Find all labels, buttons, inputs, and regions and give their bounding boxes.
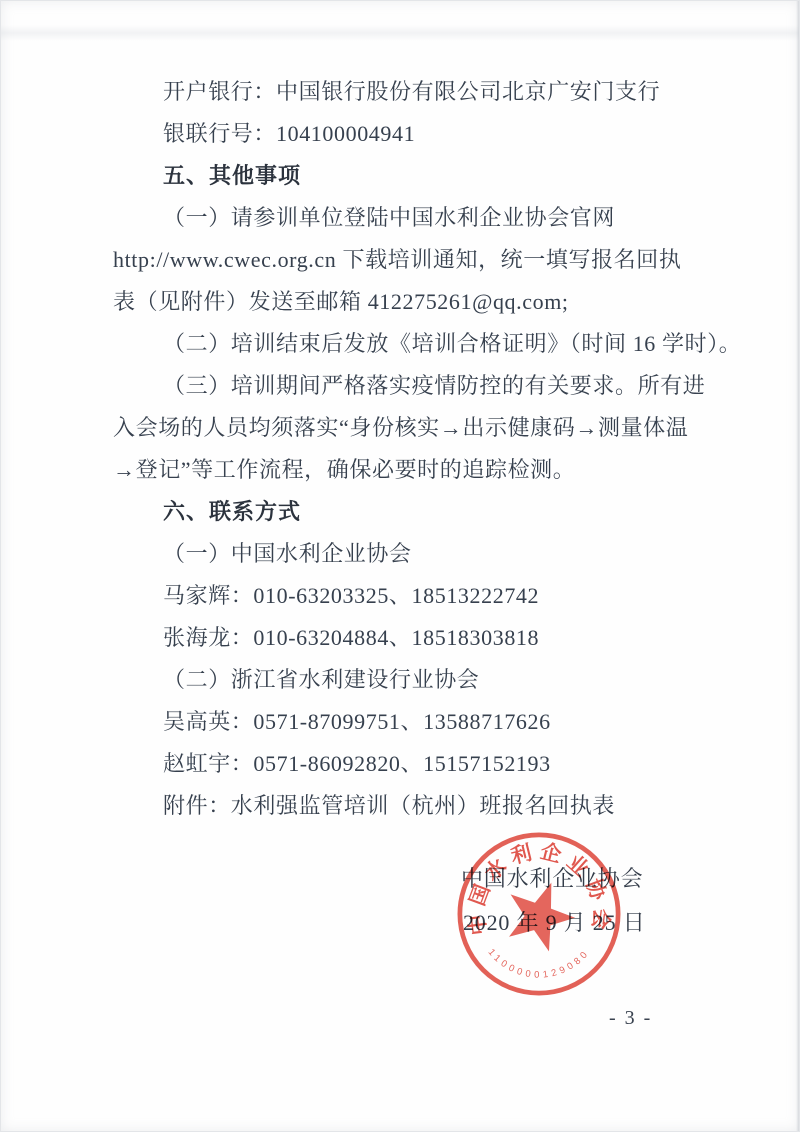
bank-account-line: 开户银行：中国银行股份有限公司北京广安门支行	[113, 71, 703, 113]
svg-text:1100000129080: 1100000129080	[486, 947, 593, 981]
document-body: 开户银行：中国银行股份有限公司北京广安门支行 银联行号：104100004941…	[113, 71, 703, 827]
scan-artifact-edge	[796, 1, 799, 1131]
contact-person1-line: 马家辉：010-63203325、18513222742	[113, 575, 703, 617]
other-item1-line3: 表（见附件）发送至邮箱 412275261@qq.com;	[113, 281, 703, 323]
contact-person3-line: 吴高英：0571-87099751、13588717626	[113, 701, 703, 743]
other-item1-line2: http://www.cwec.org.cn 下载培训通知，统一填写报名回执	[113, 239, 703, 281]
contact-org2-line: （二）浙江省水利建设行业协会	[113, 659, 703, 701]
section-contact-heading: 六、联系方式	[113, 491, 703, 533]
contact-person4-line: 赵虹宇：0571-86092820、15157152193	[113, 743, 703, 785]
scanned-document-page: 开户银行：中国银行股份有限公司北京广安门支行 银联行号：104100004941…	[0, 0, 800, 1132]
signature-organization: 中国水利企业协会	[461, 863, 643, 895]
scan-artifact-band	[1, 25, 799, 41]
attachment-line: 附件：水利强监管培训（杭州）班报名回执表	[113, 785, 703, 827]
seal-number-text: 1100000129080	[486, 947, 593, 981]
other-item1-line1: （一）请参训单位登陆中国水利企业协会官网	[113, 197, 703, 239]
contact-org1-line: （一）中国水利企业协会	[113, 533, 703, 575]
other-item3-line3: →登记”等工作流程，确保必要时的追踪检测。	[113, 449, 703, 491]
other-item3-line1: （三）培训期间严格落实疫情防控的有关要求。所有进	[113, 365, 703, 407]
signature-date: 2020 年 9 月 25 日	[463, 907, 646, 939]
section-other-heading: 五、其他事项	[113, 155, 703, 197]
contact-person2-line: 张海龙：010-63204884、18518303818	[113, 617, 703, 659]
other-item2-line1: （二）培训结束后发放《培训合格证明》（时间 16 学时）。	[113, 323, 703, 365]
other-item3-line2: 入会场的人员均须落实“身份核实→出示健康码→测量体温	[113, 407, 703, 449]
page-number: - 3 -	[609, 1007, 652, 1030]
bank-union-number-line: 银联行号：104100004941	[113, 113, 703, 155]
